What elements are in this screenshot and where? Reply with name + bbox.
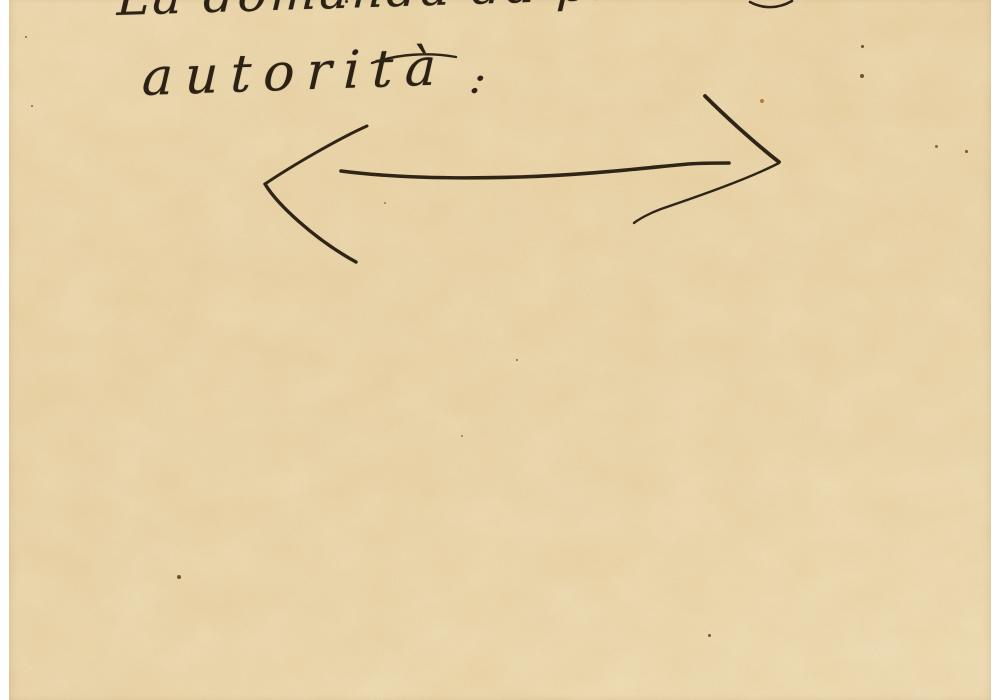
foxing-spot	[760, 99, 764, 103]
foxing-spot	[25, 36, 27, 38]
foxing-spot	[461, 435, 463, 437]
foxing-spot	[177, 575, 181, 579]
foxing-spot	[935, 145, 938, 148]
foxing-spot	[384, 202, 386, 204]
scanned-document: La domanda da presentare autorità :	[0, 0, 1000, 700]
foxing-spot	[861, 45, 864, 48]
foxing-spot	[965, 150, 968, 153]
foxing-spot	[31, 105, 33, 107]
foxing-spot	[708, 634, 711, 637]
handwriting-line-2: autorità	[141, 37, 449, 108]
foxing-spot	[345, 0, 348, 3]
foxing-spot	[516, 359, 518, 361]
foxing-spot	[860, 74, 864, 78]
